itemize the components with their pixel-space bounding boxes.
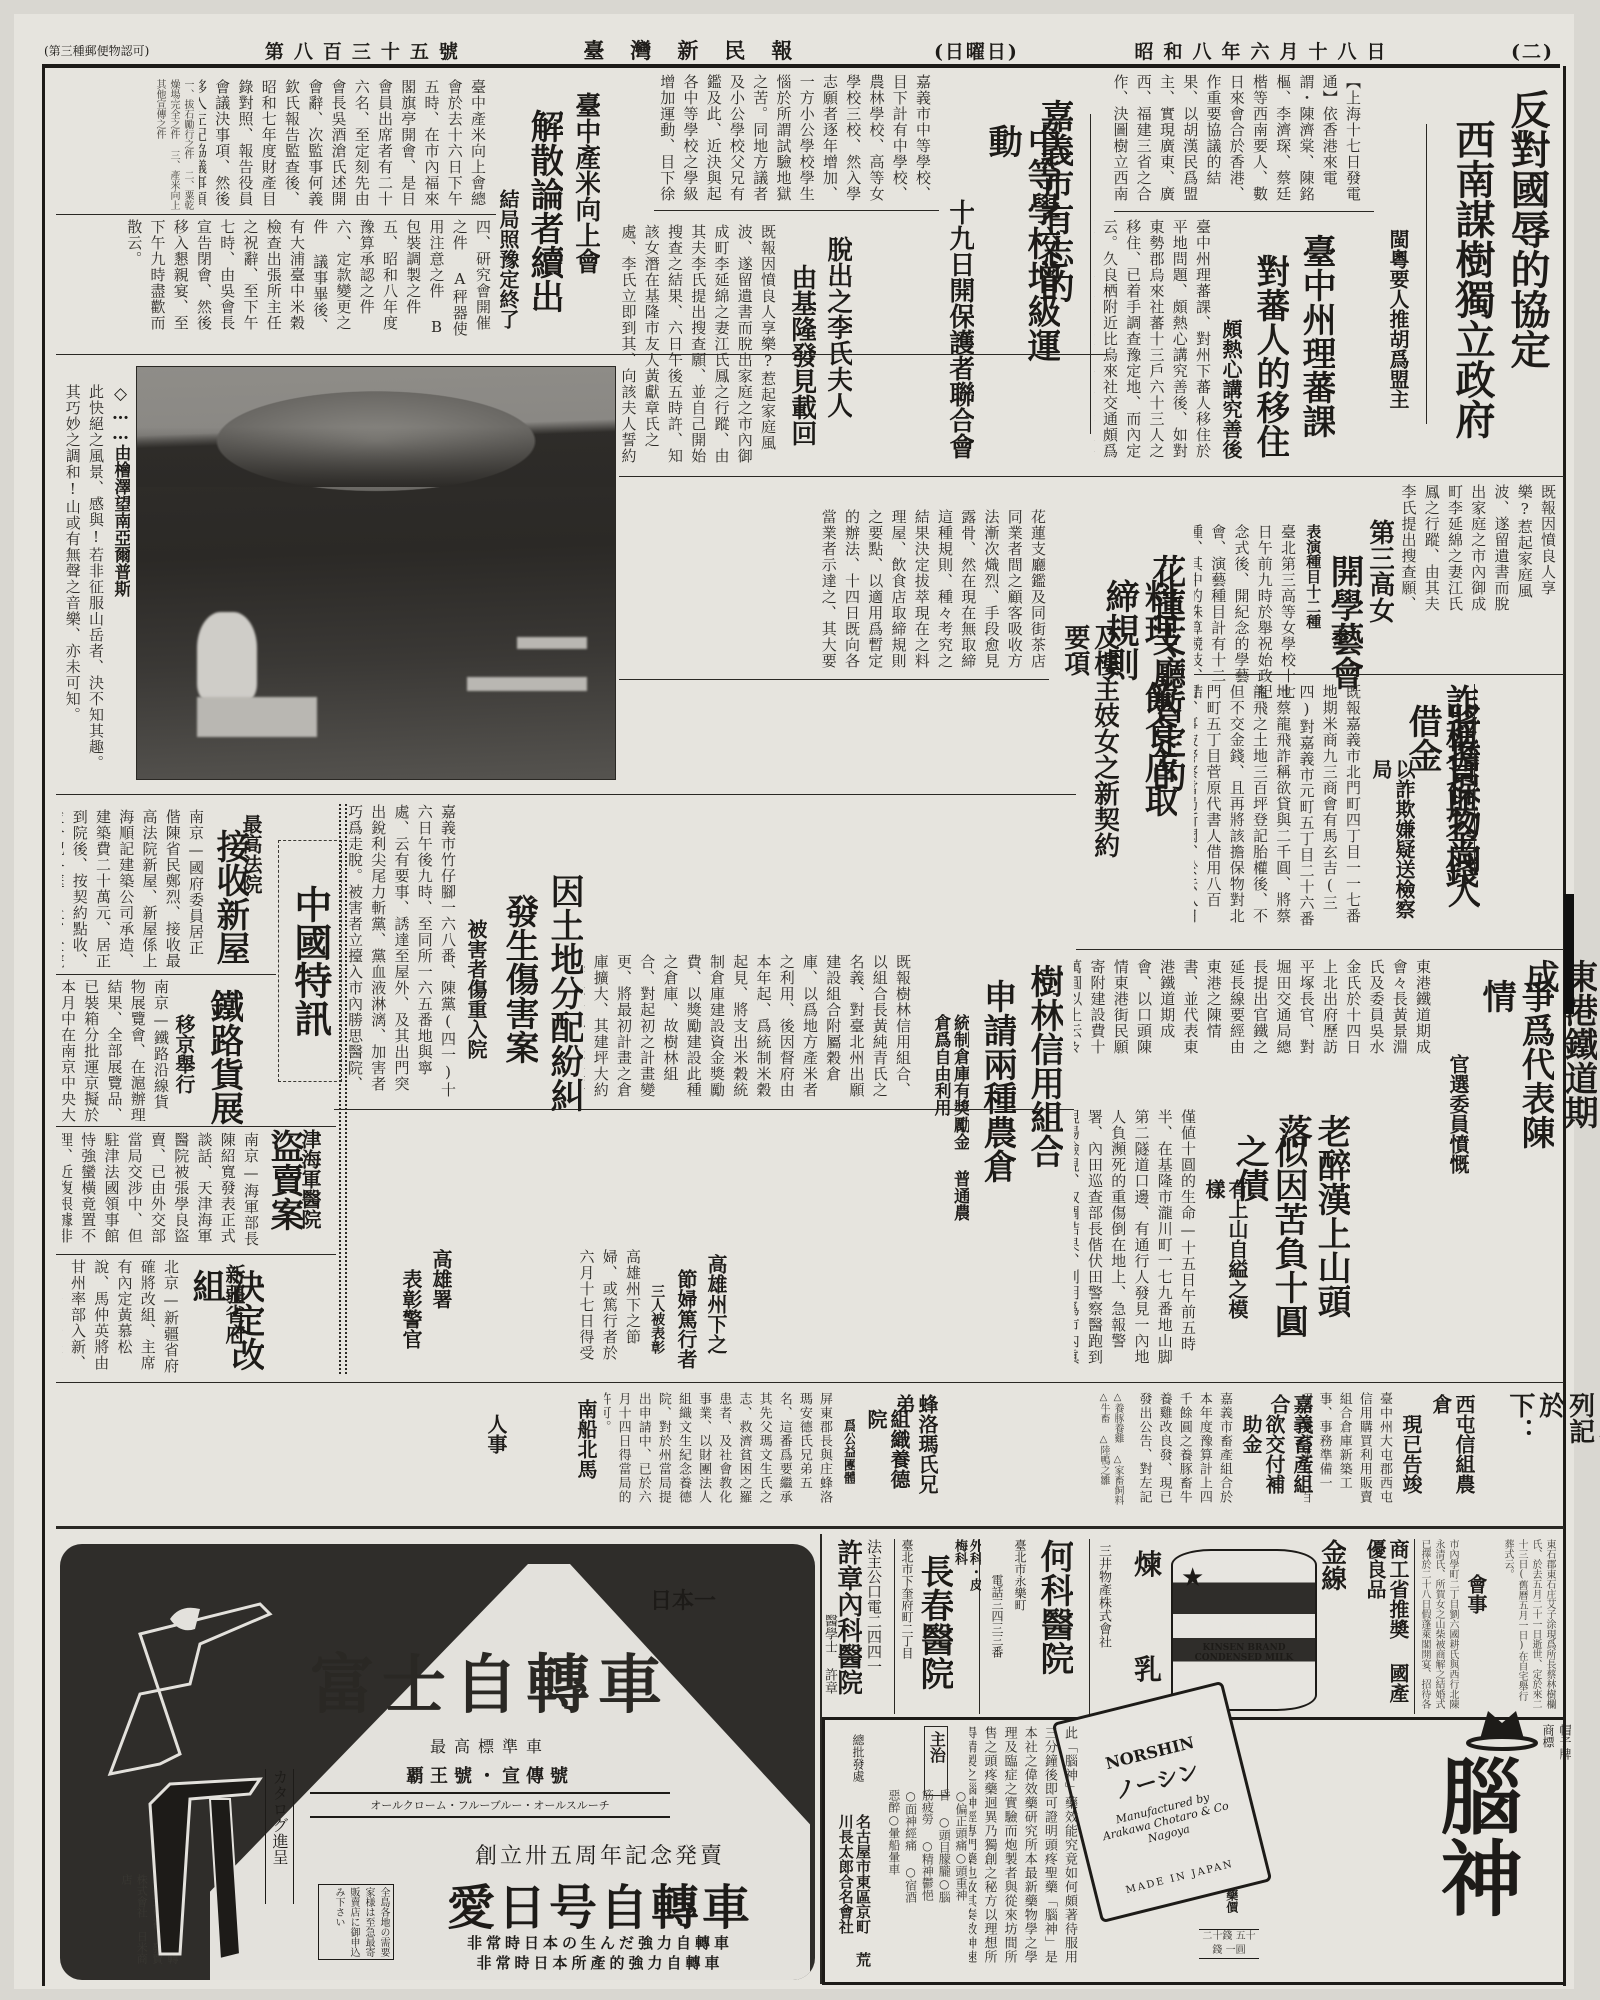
fuji-tagline1: 最高標準車: [340, 1734, 640, 1757]
naoshen-prices: 二十錢 五十錢 一圓: [1199, 1929, 1259, 1959]
naoshen-trademark: 帽子牌 商標: [1540, 1724, 1574, 1784]
newspaper-page: (第三種郵便物認可) 第八百三十五號 臺灣新民報 (日曜日) 昭和八年六月十八日…: [14, 14, 1574, 1989]
clinic-hsu-address: 法主公口電二四四一: [864, 1539, 885, 1719]
subheadline-chiayi-livestock: 欲交付補助金: [1239, 1414, 1285, 1504]
body-southwest: 【上海十七日發電通】依香港來電謂・陳濟棠、陳銘樞、李濟琛、蔡廷楷等西南要人、數日…: [1114, 74, 1364, 209]
body-railway-goods: 南京—鐵路沿線貨物展覽會、在滬辦理結果、全部展覽品、已裝箱分批運京擬於本月中在南…: [62, 979, 172, 1124]
deck-southwest: 閩粵要人推胡爲盟主: [1386, 229, 1409, 429]
deck-drunk-man: 有上山自縊之模樣: [1202, 1179, 1248, 1329]
milk-endorsement: 商工省推奬 國產優良品: [1349, 1539, 1409, 1709]
clinic-hsu-doctor: 醫學士 許章: [820, 1614, 839, 1694]
deck-girls-school: 表演種目十二種: [1304, 524, 1321, 704]
postal-note: (第三種郵便物認可): [44, 42, 149, 59]
deck-donggang: 官選委員憤慨: [1446, 1054, 1469, 1194]
body-chiayi-school: 嘉義市中等學校、目下計有中學校、農林學校、高等女學校三校、然入學志願者逐年增加、…: [654, 74, 934, 206]
body-donggang-continued: [1314, 1244, 1559, 1384]
subheadline-land-dispute: 發生傷害案: [499, 894, 538, 1114]
fuji-slogan1: 非常時日本の生んだ強力自轉車: [420, 1932, 780, 1953]
page-number: (二): [1511, 37, 1554, 64]
clinic-changchun-title: 長春醫院: [914, 1554, 953, 1714]
subheadline-kaohsiung-widows: 節婦篤行者: [674, 1269, 697, 1379]
china-news-title-box: 中國特訊: [278, 840, 342, 1082]
headline-shulin: 樹林信用組合: [1024, 964, 1063, 1184]
subheadline-aborigines: 對蕃人的移住: [1250, 254, 1289, 474]
clinic-changchun-departments: 外科・皮梅科: [951, 1539, 981, 1599]
hualien-regulations: [619, 484, 814, 674]
body-rice-association-items: 四、研究會開催之件 A秤器使用注意之件 B包裝調製之件 五、昭和八年度豫算承認之…: [74, 219, 494, 344]
deck-kaohsiung-widows: 三人被表彰: [649, 1284, 665, 1374]
subheadline-shulin: 申請兩種農倉: [977, 979, 1016, 1219]
milk-brand-cn: 金線牌煉乳: [1183, 1619, 1303, 1635]
issue-number: 第八百三十五號: [265, 37, 468, 64]
subheadline-mrs-li: 由基隆發見載回: [786, 264, 816, 464]
body-drunk-man: 僅値十圓的生命—十五日午前五時半、在基隆市瀧川町一七九番地山脚第二隧道口邊、有通…: [1074, 1109, 1199, 1379]
body-theft-sale: 南京—海軍部長陳紹寬發表正式談話、天津海軍醫院被張學良盜賣、已由外交部當局交涉中…: [62, 1132, 262, 1252]
deck-railway-goods: 移京舉行: [172, 1014, 195, 1134]
body-supreme-court: 南京—國府委員居正偕陳省民鄭烈、接收最高法院新屋、新屋係上海順記建築公司承造、建…: [62, 809, 207, 969]
body-girls-school-result: 既報因憤良人享樂?惹起家庭風波、遂留遺書而脫出家庭之市內御成町李延綿之妻江氏鳳之…: [1399, 484, 1559, 614]
deck-xinjiang: 新疆省府: [222, 1264, 245, 1364]
headline-railway-goods: 鐵路貨展: [204, 989, 243, 1139]
headline-land-dispute: 因土地分配紛糾: [544, 874, 583, 1114]
milk-label-bottom: 乳: [1134, 1654, 1162, 1686]
body-drunk-man-continued: [714, 1249, 1074, 1374]
clinic-ho-phone: 電話三四三三番: [989, 1574, 1006, 1704]
climber-figure: [197, 612, 257, 702]
deck-shulin: 統制倉庫有獎勵金 普通農倉爲自由利用: [919, 1014, 969, 1224]
body-girls-school: 臺北第三高等女學校十七日午前九時於舉祝始政紀念式後、開紀念的學藝會、演藝種目計有…: [1194, 524, 1299, 704]
headline-rice-association: 臺中產米向上會: [570, 92, 600, 332]
subheadline-supreme-court: 接收新屋: [210, 829, 249, 989]
deck-hualien: 及樓主妓女之新契約要項: [1059, 624, 1119, 864]
hualien-contract-items: [619, 684, 1049, 854]
naoshen-copy: 此「腦神」藥效能究竟如何頗著待服用三分鐘後即可證明頭疼聖藥「腦神」是本社之偉效藥…: [969, 1726, 1079, 1971]
body-aborigines: 臺中州理蕃課、對州下蕃人移住於平地問題、頗熱心講究善後、如對東勢郡烏來社蕃十三戶…: [1094, 219, 1214, 474]
clinic-changchun-address: 臺北市下奎府町二丁目: [899, 1539, 916, 1709]
weekday: (日曜日): [934, 37, 1019, 64]
headline-mrs-li: 脫出之李氏夫人: [822, 236, 852, 466]
body-hualien: 花蓮支廳鑑及同街茶店同業者間之顧客吸收方法漸次熾烈、手段愈見露骨、然在現在無取締…: [819, 509, 1049, 669]
fuji-models: オールクローム・フルーブルー・オールスルーチ: [310, 1792, 670, 1818]
rice-items-list: 一、拔石勵行之件 二、粟乾燥場完全之件 三、產米向上其他宣傳之件: [59, 79, 194, 214]
headline-southwest: 反對國辱的協定: [1504, 89, 1550, 419]
headline-nanchuan-beima: 南船北馬: [574, 1399, 597, 1489]
clinic-ho-title: 何科醫院: [1034, 1539, 1073, 1709]
naoshen-indications: ○偏正頭痛○頭重神昏 ○頭目朦朧○腦筋疲勞 ○精神鬱悒○面神經痛 ○宿酒惡醉○暈…: [874, 1789, 969, 1909]
deck-rice-association: 結局照豫定終了: [496, 189, 519, 339]
notice-title: 會事: [1464, 1574, 1487, 1664]
bicycle-handlebar-icon: [80, 1574, 330, 1964]
body-yanglao: 屏東郡長與庄蜂洛瑪安德氏兄弟五名、這番爲要繼承其先父瑪文生氏之志、救濟貧困之羅患…: [604, 1392, 834, 1512]
milk-can-image: ★ KINSEN BRAND CONDENSED MILK 金線牌煉乳: [1171, 1549, 1317, 1711]
subheadline-rice-association: 解散論者續出: [524, 109, 563, 349]
page-edge-shadow: [1564, 894, 1574, 1014]
deck-aborigines: 頗熱心講究善後: [1219, 319, 1242, 469]
body-kaohsiung-widows: 高雄州下之節婦、或篤行者於六月十七日得受州知事的表彰者左記三人云。: [579, 1249, 644, 1374]
naoshen-distributor: 名古屋市東區京町 荒川長太郎合名會社: [826, 1814, 871, 1974]
deck-fraud: 以詐欺嫌疑送檢察局: [1369, 759, 1415, 919]
headline-personnel: 人事: [484, 1414, 507, 1474]
milk-brand: KINSEN BRAND CONDENSED MILK: [1179, 1643, 1309, 1663]
issue-date: 昭和八年六月十八日: [1134, 37, 1395, 64]
mountain-photo: [136, 366, 616, 780]
fuji-slogan2: 非常時日本所產的強力自轉車: [420, 1952, 780, 1973]
hat-trademark-icon: [1466, 1705, 1538, 1751]
milk-label-top: 煉: [1134, 1549, 1162, 1581]
naoshen-brand: 腦神: [1432, 1754, 1518, 1918]
notice-police-list: 於高雄警察署、三年以上之精勤者、尤其是具有相當的學識、品行方正的警官、於十七日均…: [1504, 1392, 1600, 1452]
naoshen-distributor-label: 總批發處: [850, 1734, 867, 1824]
body-xitun: 臺中州大屯郡西屯信用購買利用販賣組合倉庫新築工事、事務準備一切、開建坪有二百餘、…: [1304, 1392, 1394, 1512]
body-nanchuan-beima: [514, 1392, 569, 1512]
fuji-corner-label: 日本一: [650, 1584, 716, 1615]
headline-xitun: 西屯信組農倉: [1429, 1394, 1475, 1504]
milk-gold-thread: 金線: [1316, 1539, 1346, 1709]
headline-girls-school: 第三高女: [1364, 519, 1394, 639]
milk-distributor: 三井物產株式會社: [1094, 1544, 1113, 1704]
body-mrs-li: 既報因憤良人享樂?惹起家庭風波、遂留遺書而脫出家庭之市內御成町李延綿之妻江氏鳳之…: [619, 224, 779, 474]
fuji-bicycle-ad: 日本一 富士自轉車 最高標準車 覇王號・宣傳號 オールクローム・フルーブルー・オ…: [60, 1544, 815, 1980]
headline-kaohsiung-police: 高雄署: [429, 1249, 452, 1339]
naoshen-price-label: 藥價: [1224, 1889, 1238, 1929]
notice-body-1: 東石郡東石庄艾子涂現爲所長蔡林樹欄氏、於去五月二十一日逝世、定於來二十三日(舊曆…: [1494, 1539, 1556, 1709]
body-chiayi-livestock: 嘉義市畜產組合於本年度豫算計上四千餘圓之養豚畜牛養雞改良發、現已發出公告、對左記…: [1134, 1392, 1234, 1512]
deck-chiayi-school: 十九日開保護者聯合會: [944, 199, 974, 459]
deck-land-dispute: 被害者傷重入院: [464, 919, 487, 1119]
subheadline-chiayi-school: 中等學校增級運動: [982, 124, 1060, 384]
masthead: (第三種郵便物認可) 第八百三十五號 臺灣新民報 (日曜日) 昭和八年六月十八日…: [44, 36, 1554, 64]
body-personnel: [62, 1392, 477, 1512]
photo-caption-body: 此快絕之風景、感與!若非征服山岳者、決不知其趣。其巧妙之調和!山或有無聲之音樂、…: [62, 384, 107, 774]
body-rice-association: 臺中產米向上會總會於去十六日下午五時、在市內福來閣旗亭開會、是日會員出席者有二十…: [199, 79, 489, 214]
subheadline-donggang: 爭爲代表陳情: [1476, 979, 1554, 1179]
subheadline-kaohsiung-police: 表彰警官: [399, 1269, 422, 1379]
paper-name: 臺灣新民報: [583, 35, 818, 65]
fuji-anniversary: 創立卅五周年記念発賣: [400, 1839, 800, 1870]
body-donggang: 東港鐵道期成會々長黃景淵氏及委員吳水金氏於十四日上北出府歷訪平塚長官、對堀田交通…: [1074, 959, 1434, 1059]
subheadline-xitun: 現已告竣: [1399, 1414, 1422, 1494]
fuji-model-name: 愛日号自轉車: [400, 1869, 800, 1938]
china-news-title: 中國特訊: [288, 885, 332, 1037]
subheadline-girls-school: 開學藝會: [1324, 554, 1363, 704]
naoshen-indications-title: 主治: [924, 1726, 948, 1796]
fuji-tagline2: 覇王號・宣傳號: [340, 1762, 640, 1788]
headline-aborigines: 臺中州理蕃課: [1296, 234, 1335, 464]
body-fraud: 既報嘉義市北門町四丁目一一七番地期米商九三商會有馬玄吉(三四)對嘉義市元町五丁目…: [1194, 684, 1364, 934]
clinic-ho-address: 臺北市永樂町: [1012, 1539, 1029, 1709]
subheadline-southwest: 西南謀樹獨立政府: [1449, 119, 1495, 449]
body-land-dispute: 嘉義市竹仔腳一六八番、陳黨(四一)十六日午後九時、至同所一六五番地與寧處、云有要…: [349, 804, 459, 1104]
photo-caption-title: ◇……由檜澤望南亞爾普斯: [110, 384, 130, 764]
livestock-items: △養豚養雞 △家畜飼料 △牛畜 △陸鴨之雛: [924, 1392, 1124, 1512]
deck-theft-sale: 津海軍醫院: [298, 1129, 321, 1249]
body-xinjiang: 北京—新疆省府確將改組、主席有內定黃慕松說、馬仲英將由甘州率部入新、馬有任省委兼…: [62, 1259, 182, 1374]
notice-body-2: 市內學町二丁目劉六國耕氏與西行北陳永清氏、所賀女之山柴被商解之結婚式已擇於二十八…: [1419, 1539, 1459, 1709]
subheadline-yanglao: 組織養德院: [864, 1409, 910, 1504]
fuji-brand: 富士自轉車: [290, 1634, 690, 1726]
star-icon: ★: [1181, 1563, 1204, 1593]
deck-yanglao: 爲公益團體: [840, 1419, 855, 1499]
body-shulin: 既報樹林信用組合、以組合長黃純青氏之名義、對臺北州出願建設組合附屬穀倉庫、以爲地…: [584, 954, 914, 1104]
body-girls-school-tail: [1484, 679, 1564, 869]
